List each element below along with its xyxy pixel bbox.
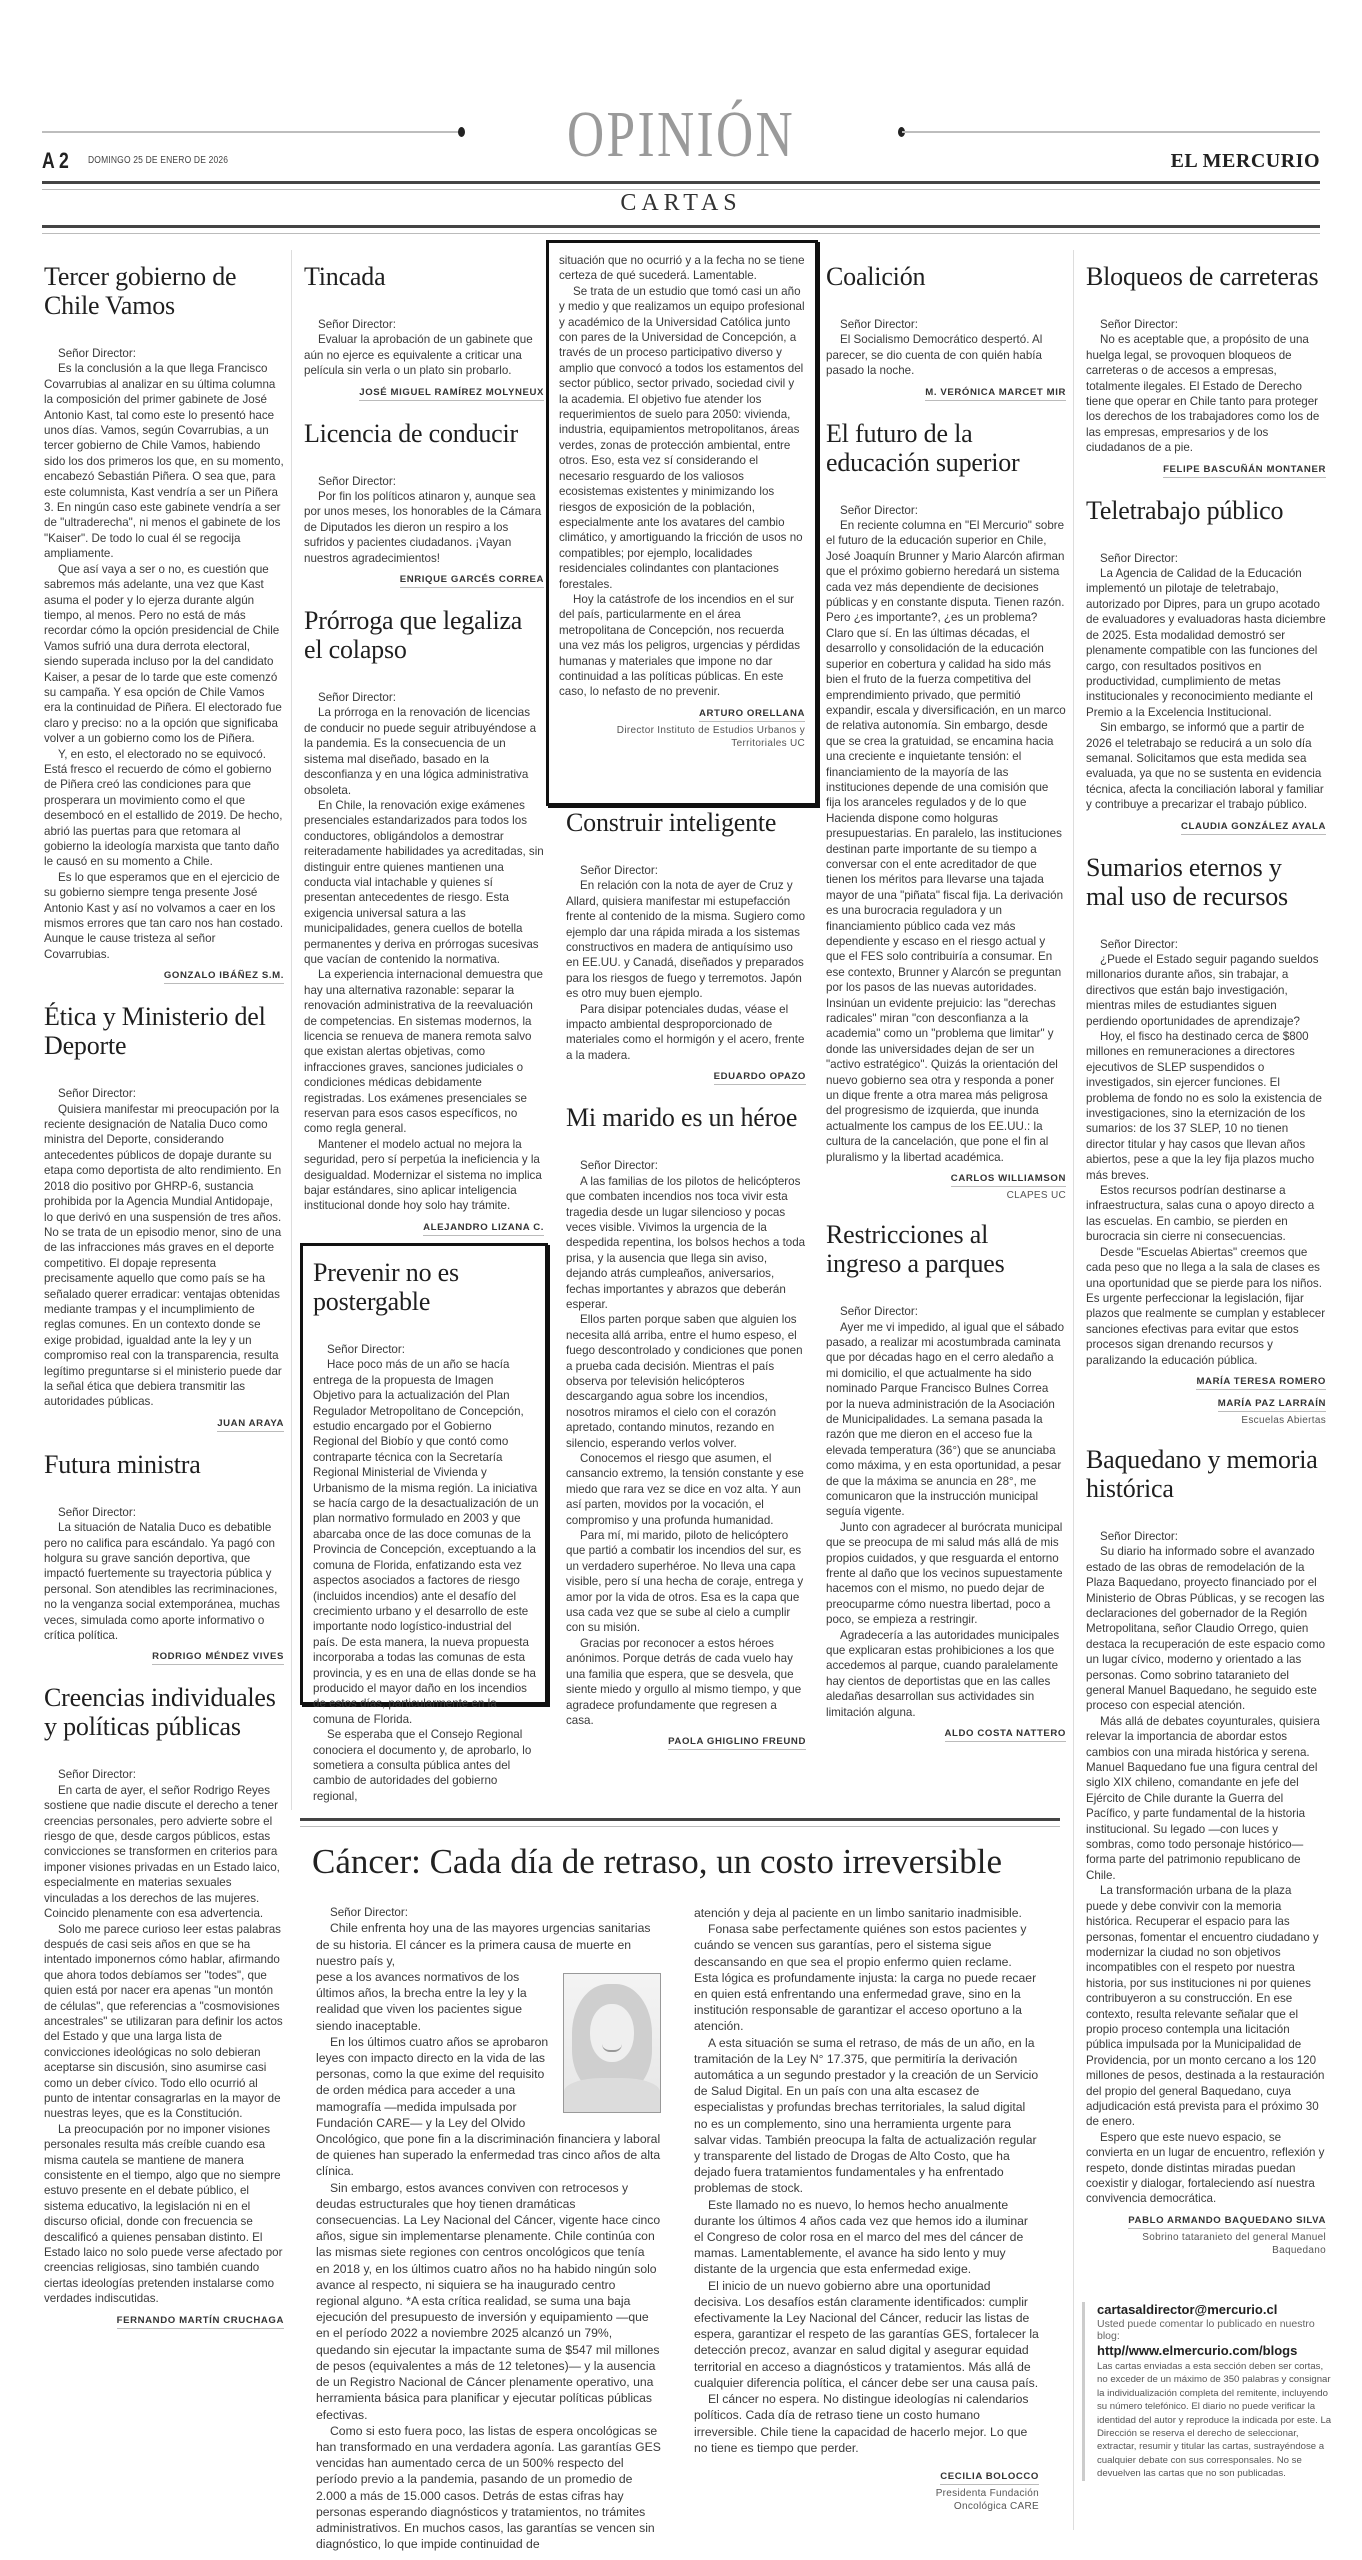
letter: El futuro de la educación superiorSeñor … (826, 419, 1066, 1202)
letter-paragraph: Más allá de debates coyunturales, quisie… (1086, 1714, 1326, 1883)
signature-block: CECILIA BOLOCCOPresidenta Fundación Onco… (694, 2466, 1039, 2513)
letter-paragraph: Evaluar la aprobación de un gabinete que… (304, 332, 544, 378)
section-title: OPINIÓN (150, 102, 1212, 168)
signature-block: RODRIGO MÉNDEZ VIVES (44, 1646, 284, 1665)
letter: Restricciones al ingreso a parquesSeñor … (826, 1220, 1066, 1742)
letter-paragraph: Junto con agradecer al burócrata municip… (826, 1520, 1066, 1628)
signature-block: ARTURO ORELLANADirector Instituto de Est… (559, 703, 805, 750)
letter-salutation: Señor Director: (566, 1158, 806, 1173)
letter-paragraph: A esta situación se suma el retraso, de … (694, 2035, 1039, 2197)
letter-paragraph: La prórroga en la renovación de licencia… (304, 705, 544, 797)
letter: Bloqueos de carreterasSeñor Director:No … (1086, 262, 1326, 478)
letter-salutation: Señor Director: (1086, 937, 1326, 952)
letter-salutation: Señor Director: (313, 1342, 539, 1357)
signature-name: JUAN ARAYA (217, 1418, 284, 1432)
letter-paragraph: A las familias de los pilotos de helicóp… (566, 1174, 806, 1313)
signature-title: Director Instituto de Estudios Urbanos y… (559, 724, 805, 750)
letter-paragraph: Chile enfrenta hoy una de las mayores ur… (316, 1920, 661, 1969)
author-photo (563, 1973, 661, 2113)
letter-paragraph: Conocemos el riesgo que asumen, el cansa… (566, 1451, 806, 1528)
letter-salutation: Señor Director: (304, 690, 544, 705)
signature-block: ENRIQUE GARCÉS CORREA (304, 569, 544, 588)
letter-salutation: Señor Director: (1086, 317, 1326, 332)
letter-paragraph: Fonasa sabe perfectamente quiénes son es… (694, 1921, 1039, 2034)
letter-paragraph: Agradecería a las autoridades municipale… (826, 1628, 1066, 1720)
letter-headline: Baquedano y memoria histórica (1086, 1445, 1326, 1503)
letter-paragraph: Por fin los políticos atinaron y, aunque… (304, 489, 544, 566)
letter-paragraph: Se esperaba que el Consejo Regional cono… (313, 1727, 539, 1804)
letter-headline: Coalición (826, 262, 1066, 291)
letter-headline: Prevenir no es postergable (313, 1258, 539, 1316)
letter-headline: Licencia de conducir (304, 419, 544, 448)
letter: Creencias individuales y políticas públi… (44, 1683, 284, 2328)
letter-paragraph: La situación de Natalia Duco es debatibl… (44, 1520, 284, 1643)
letter-salutation: Señor Director: (316, 1905, 661, 1920)
letter-salutation: Señor Director: (44, 346, 284, 361)
signature-block: GONZALO IBÁÑEZ S.M. (44, 965, 284, 984)
column-5: Bloqueos de carreterasSeñor Director:No … (1086, 262, 1326, 2275)
signature-block: ALDO COSTA NATTERO (826, 1723, 1066, 1742)
signature-name: PAOLA GHIGLINO FREUND (668, 1736, 806, 1750)
letter-headline: Creencias individuales y políticas públi… (44, 1683, 284, 1741)
letter-paragraph: Sin embargo, se informó que a partir de … (1086, 720, 1326, 812)
letter-headline: Ética y Ministerio del Deporte (44, 1002, 284, 1060)
letter-headline: Restricciones al ingreso a parques (826, 1220, 1066, 1278)
letter-paragraph: ¿Puede el Estado seguir pagando sueldos … (1086, 952, 1326, 1029)
signature-name: CLAUDIA GONZÁLEZ AYALA (1181, 821, 1326, 835)
letter-salutation: Señor Director: (44, 1767, 284, 1782)
signature-block: EDUARDO OPAZO (566, 1066, 806, 1085)
signature-name: MARÍA TERESA ROMERO (1196, 1376, 1326, 1390)
column-4: CoaliciónSeñor Director:El Socialismo De… (826, 262, 1066, 1760)
letter-paragraph: Quisiera manifestar mi preocupación por … (44, 1102, 284, 1410)
contact-infobox: cartasaldirector@mercurio.cl Usted puede… (1082, 2302, 1335, 2481)
signature-block: PABLO ARMANDO BAQUEDANO SILVASobrino tat… (1086, 2210, 1326, 2257)
letter: TincadaSeñor Director:Evaluar la aprobac… (304, 262, 544, 401)
letter: Sumarios eternos y mal uso de recursosSe… (1086, 853, 1326, 1427)
letter: Prevenir no es postergableSeñor Director… (313, 1258, 539, 1804)
blog-url-link[interactable]: http//www.elmercurio.com/blogs (1097, 2343, 1335, 2358)
signature-title: Escuelas Abiertas (1086, 1414, 1326, 1427)
letter: Mi marido es un héroeSeñor Director:A la… (566, 1103, 806, 1750)
letter-paragraph: En Chile, la renovación exige exámenes p… (304, 798, 544, 967)
letter: situación que no ocurrió y a la fecha no… (559, 253, 805, 750)
signature-title: Presidenta Fundación Oncológica CARE (909, 2487, 1039, 2513)
signature-name: EDUARDO OPAZO (714, 1071, 806, 1085)
letter-paragraph: Para mí, mi marido, piloto de helicópter… (566, 1528, 806, 1636)
signature-block: FERNANDO MARTÍN CRUCHAGA (44, 2310, 284, 2329)
signature-name: CECILIA BOLOCCO (940, 2471, 1039, 2485)
letter-paragraph: En relación con la nota de ayer de Cruz … (566, 878, 806, 1001)
letter: CoaliciónSeñor Director:El Socialismo De… (826, 262, 1066, 401)
featured-headline: Cáncer: Cada día de retraso, un costo ir… (312, 1842, 1002, 1882)
signature-name: RODRIGO MÉNDEZ VIVES (152, 1651, 284, 1665)
letter-salutation: Señor Director: (304, 474, 544, 489)
letter: Tercer gobierno de Chile VamosSeñor Dire… (44, 262, 284, 984)
letter: Ética y Ministerio del DeporteSeñor Dire… (44, 1002, 284, 1432)
featured-divider (300, 1818, 1060, 1827)
signature-title: CLAPES UC (826, 1189, 1066, 1202)
boxed-letter-part1: Prevenir no es postergableSeñor Director… (300, 1243, 548, 1705)
subsection-divider (42, 225, 1320, 234)
letter-paragraph: Gracias por reconocer a estos héroes anó… (566, 1636, 806, 1728)
letter-paragraph: La preocupación por no imponer visiones … (44, 2122, 284, 2307)
letter-paragraph: La experiencia internacional demuestra q… (304, 967, 544, 1136)
letter-paragraph: Sin embargo, estos avances conviven con … (316, 2180, 661, 2423)
boxed-letter-part2: situación que no ocurrió y a la fecha no… (546, 240, 818, 806)
letter-paragraph: Desde "Escuelas Abiertas" creemos que ca… (1086, 1245, 1326, 1368)
letter-paragraph: Su diario ha informado sobre el avanzado… (1086, 1544, 1326, 1713)
letter-paragraph: situación que no ocurrió y a la fecha no… (559, 253, 805, 284)
letter-salutation: Señor Director: (1086, 551, 1326, 566)
featured-letter: Señor Director:Chile enfrenta hoy una de… (316, 1905, 661, 2552)
letter-salutation: Señor Director: (1086, 1529, 1326, 1544)
letter-paragraph: Mantener el modelo actual no mejora la s… (304, 1137, 544, 1214)
signature-block: ALEJANDRO LIZANA C. (304, 1217, 544, 1236)
column-separator (1073, 250, 1074, 2530)
letter-salutation: Señor Director: (44, 1505, 284, 1520)
photo-shoulder (564, 2078, 660, 2112)
signature-block: JUAN ARAYA (44, 1413, 284, 1432)
letter-salutation: Señor Director: (44, 1086, 284, 1101)
letter: Baquedano y memoria históricaSeñor Direc… (1086, 1445, 1326, 2257)
letter-paragraph: Que así vaya a ser o no, es cuestión que… (44, 562, 284, 747)
letter-paragraph: El Socialismo Democrático despertó. Al p… (826, 332, 1066, 378)
page-date: DOMINGO 25 DE ENERO DE 2026 (88, 155, 228, 166)
signature-name: FERNANDO MARTÍN CRUCHAGA (117, 2315, 284, 2329)
letter-paragraph: La Agencia de Calidad de la Educación im… (1086, 566, 1326, 720)
letter-paragraph: En carta de ayer, el señor Rodrigo Reyes… (44, 1783, 284, 1922)
letter-paragraph: Como si esto fuera poco, las listas de e… (316, 2423, 661, 2553)
letter-headline: Tercer gobierno de Chile Vamos (44, 262, 284, 320)
signature-name: ARTURO ORELLANA (699, 708, 805, 722)
featured-left-column: Señor Director:Chile enfrenta hoy una de… (316, 1905, 661, 2552)
letter-headline: Tincada (304, 262, 544, 291)
letter-paragraph: Se trata de un estudio que tomó casi un … (559, 284, 805, 592)
contact-email-link[interactable]: cartasaldirector@mercurio.cl (1097, 2302, 1335, 2317)
letter-paragraph: No es aceptable que, a propósito de una … (1086, 332, 1326, 455)
signature-block: JOSÉ MIGUEL RAMÍREZ MOLYNEUX (304, 382, 544, 401)
signature-block: M. VERÓNICA MARCET MIR (826, 382, 1066, 401)
letter-salutation: Señor Director: (826, 1304, 1066, 1319)
signature-name: MARÍA PAZ LARRAÍN (1218, 1398, 1326, 1412)
subsection-title: CARTAS (0, 190, 1362, 217)
signature-block: CLAUDIA GONZÁLEZ AYALA (1086, 816, 1326, 835)
letter-paragraph: La transformación urbana de la plaza pue… (1086, 1883, 1326, 2130)
letter: Prórroga que legaliza el colapsoSeñor Di… (304, 606, 544, 1236)
column-2: TincadaSeñor Director:Evaluar la aprobac… (304, 262, 544, 1254)
column-1: Tercer gobierno de Chile VamosSeñor Dire… (44, 262, 284, 2347)
signature-block: FELIPE BASCUÑÁN MONTANER (1086, 459, 1326, 478)
signature-block: PAOLA GHIGLINO FREUND (566, 1731, 806, 1750)
letter-headline: Mi marido es un héroe (566, 1103, 806, 1132)
letter-paragraph: Este llamado no es nuevo, lo hemos hecho… (694, 2197, 1039, 2278)
signature-name: ENRIQUE GARCÉS CORREA (400, 574, 544, 588)
letter-salutation: Señor Director: (826, 503, 1066, 518)
signature-block: MARÍA PAZ LARRAÍNEscuelas Abiertas (1086, 1393, 1326, 1427)
page-number: A 2 (42, 148, 69, 174)
letter-paragraph: Es la conclusión a la que llega Francisc… (44, 361, 284, 561)
signature-name: JOSÉ MIGUEL RAMÍREZ MOLYNEUX (359, 387, 544, 401)
letter-paragraph: Solo me parece curioso leer estas palabr… (44, 1922, 284, 2122)
signature-name: GONZALO IBÁÑEZ S.M. (164, 970, 284, 984)
letter-paragraph: Es lo que esperamos que en el ejercicio … (44, 870, 284, 962)
letter-headline: Sumarios eternos y mal uso de recursos (1086, 853, 1326, 911)
signature-name: FELIPE BASCUÑÁN MONTANER (1163, 464, 1326, 478)
letter-paragraph: Ellos parten porque saben que alguien lo… (566, 1312, 806, 1451)
letter-paragraph: El cáncer no espera. No distingue ideolo… (694, 2391, 1039, 2456)
letter-paragraph: Hoy la catástrofe de los incendios en el… (559, 592, 805, 700)
signature-name: PABLO ARMANDO BAQUEDANO SILVA (1128, 2215, 1326, 2229)
letter-paragraph: Ayer me vi impedido, al igual que el sáb… (826, 1320, 1066, 1520)
signature-name: ALEJANDRO LIZANA C. (423, 1222, 544, 1236)
signature-block: MARÍA TERESA ROMERO (1086, 1371, 1326, 1390)
letter-paragraph: Hace poco más de un año se hacía entrega… (313, 1357, 539, 1727)
blog-label: Usted puede comentar lo publicado en nue… (1097, 2318, 1335, 2342)
letter-paragraph: Hoy, el fisco ha destinado cerca de $800… (1086, 1029, 1326, 1183)
signature-title: Sobrino tataranieto del general Manuel B… (1086, 2231, 1326, 2257)
column-3: Construir inteligenteSeñor Director:En r… (566, 808, 806, 1768)
newspaper-brand: EL MERCURIO (1171, 150, 1320, 173)
letter-headline: El futuro de la educación superior (826, 419, 1066, 477)
letter-paragraph: Estos recursos podrían destinarse a infr… (1086, 1183, 1326, 1245)
signature-block: CARLOS WILLIAMSONCLAPES UC (826, 1168, 1066, 1202)
photo-face (590, 2004, 634, 2062)
letter-paragraph: Y, en esto, el electorado no se equivocó… (44, 747, 284, 870)
letter-headline: Construir inteligente (566, 808, 806, 837)
letter-salutation: Señor Director: (566, 863, 806, 878)
featured-right-column: atención y deja al paciente en un limbo … (694, 1905, 1039, 2513)
letter-paragraph: En reciente columna en "El Mercurio" sob… (826, 518, 1066, 1165)
letter-paragraph: Espero que este nuevo espacio, se convie… (1086, 2130, 1326, 2207)
letter: Teletrabajo públicoSeñor Director:La Age… (1086, 496, 1326, 835)
letter-salutation: Señor Director: (826, 317, 1066, 332)
signature-name: M. VERÓNICA MARCET MIR (925, 387, 1066, 401)
letter-salutation: Señor Director: (304, 317, 544, 332)
signature-name: CARLOS WILLIAMSON (951, 1173, 1066, 1187)
letter: Futura ministraSeñor Director:La situaci… (44, 1450, 284, 1666)
letter: Construir inteligenteSeñor Director:En r… (566, 808, 806, 1085)
letter-paragraph: El inicio de un nuevo gobierno abre una … (694, 2278, 1039, 2391)
letter: Licencia de conducirSeñor Director:Por f… (304, 419, 544, 588)
letter-headline: Teletrabajo público (1086, 496, 1326, 525)
masthead-divider (42, 181, 1320, 190)
signature-name: ALDO COSTA NATTERO (945, 1728, 1066, 1742)
letter-headline: Bloqueos de carreteras (1086, 262, 1326, 291)
letter-headline: Prórroga que legaliza el colapso (304, 606, 544, 664)
letter-paragraph: Para disipar potenciales dudas, véase el… (566, 1002, 806, 1064)
submission-rules: Las cartas enviadas a esta sección deben… (1097, 2360, 1335, 2481)
letter-paragraph: atención y deja al paciente en un limbo … (694, 1905, 1039, 1921)
letter-headline: Futura ministra (44, 1450, 284, 1479)
column-separator (291, 250, 292, 1810)
